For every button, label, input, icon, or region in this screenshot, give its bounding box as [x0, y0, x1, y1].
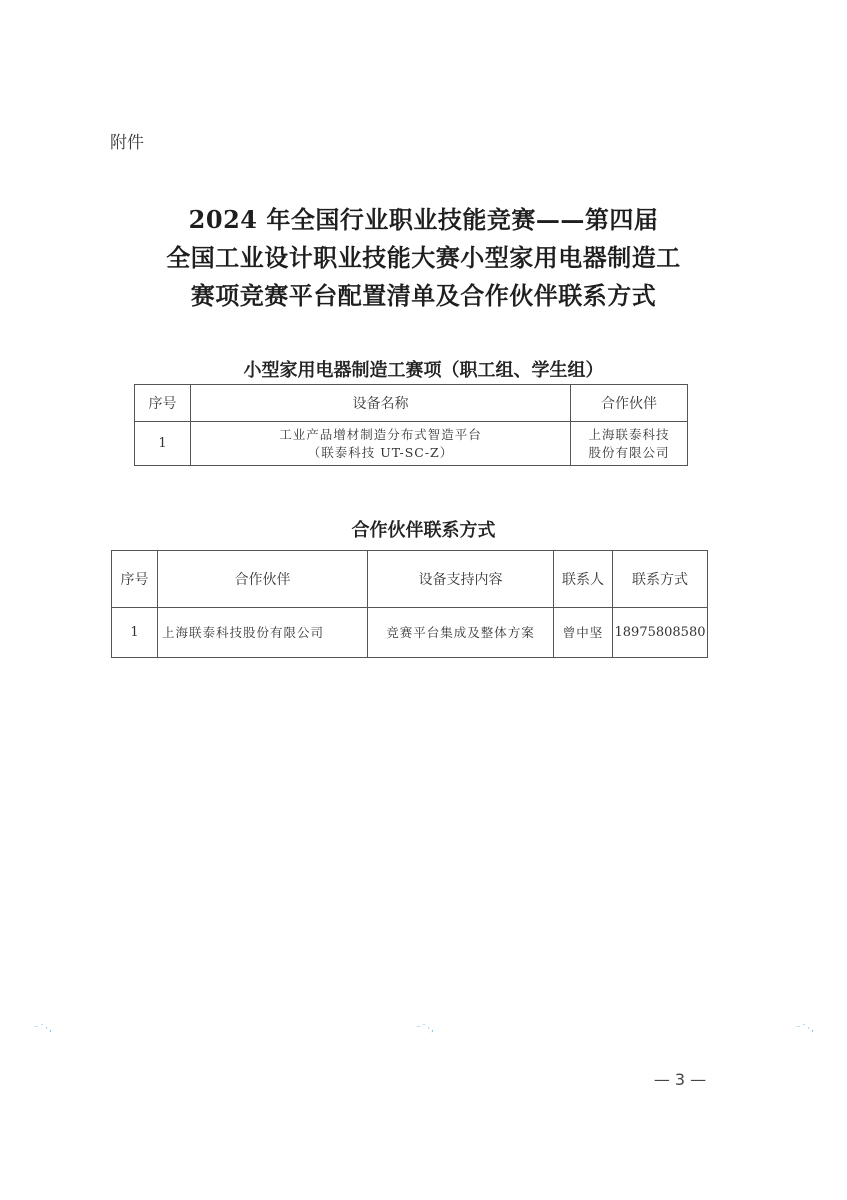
- contact-table: 序号 合作伙伴 设备支持内容 联系人 联系方式 1 上海联泰科技股份有限公司 竞…: [111, 550, 708, 658]
- table-row: 1 工业产品增材制造分布式智造平台 （联泰科技 UT-SC-Z） 上海联泰科技 …: [135, 422, 688, 466]
- header-no: 序号: [112, 551, 158, 608]
- cell-equipment: 工业产品增材制造分布式智造平台 （联泰科技 UT-SC-Z）: [191, 422, 571, 466]
- equipment-model: （联泰科技 UT-SC-Z）: [191, 444, 570, 462]
- title-line-2: 全国工业设计职业技能大赛小型家用电器制造工: [0, 238, 847, 273]
- header-phone: 联系方式: [613, 551, 708, 608]
- header-equipment: 设备名称: [191, 385, 571, 422]
- partner-line-2: 股份有限公司: [571, 444, 687, 462]
- scan-mark: ⁻˙·,: [796, 1024, 815, 1034]
- table1-caption: 小型家用电器制造工赛项（职工组、学生组）: [0, 356, 847, 382]
- header-partner: 合作伙伴: [158, 551, 368, 608]
- table-row: 1 上海联泰科技股份有限公司 竞赛平台集成及整体方案 曾中坚 189758085…: [112, 608, 708, 658]
- attachment-label: 附件: [110, 128, 144, 153]
- table-header-row: 序号 合作伙伴 设备支持内容 联系人 联系方式: [112, 551, 708, 608]
- cell-no: 1: [112, 608, 158, 658]
- header-partner: 合作伙伴: [571, 385, 688, 422]
- header-support: 设备支持内容: [368, 551, 554, 608]
- cell-partner: 上海联泰科技 股份有限公司: [571, 422, 688, 466]
- header-no: 序号: [135, 385, 191, 422]
- table-header-row: 序号 设备名称 合作伙伴: [135, 385, 688, 422]
- cell-partner: 上海联泰科技股份有限公司: [158, 608, 368, 658]
- header-contact: 联系人: [554, 551, 613, 608]
- cell-no: 1: [135, 422, 191, 466]
- cell-contact: 曾中坚: [554, 608, 613, 658]
- title-line-3: 赛项竞赛平台配置清单及合作伙伴联系方式: [0, 276, 847, 311]
- equipment-table: 序号 设备名称 合作伙伴 1 工业产品增材制造分布式智造平台 （联泰科技 UT-…: [134, 384, 688, 466]
- title-line-1: 2024 年全国行业职业技能竞赛——第四届: [0, 200, 847, 235]
- table2-caption: 合作伙伴联系方式: [0, 516, 847, 542]
- scan-mark: ⁻˙·,: [34, 1024, 53, 1034]
- equipment-name: 工业产品增材制造分布式智造平台: [191, 426, 570, 444]
- scan-mark: ⁻˙·,: [416, 1024, 435, 1034]
- page-number: — 3 —: [620, 1070, 740, 1089]
- cell-support: 竞赛平台集成及整体方案: [368, 608, 554, 658]
- cell-phone: 18975808580: [613, 608, 708, 658]
- partner-line-1: 上海联泰科技: [571, 426, 687, 444]
